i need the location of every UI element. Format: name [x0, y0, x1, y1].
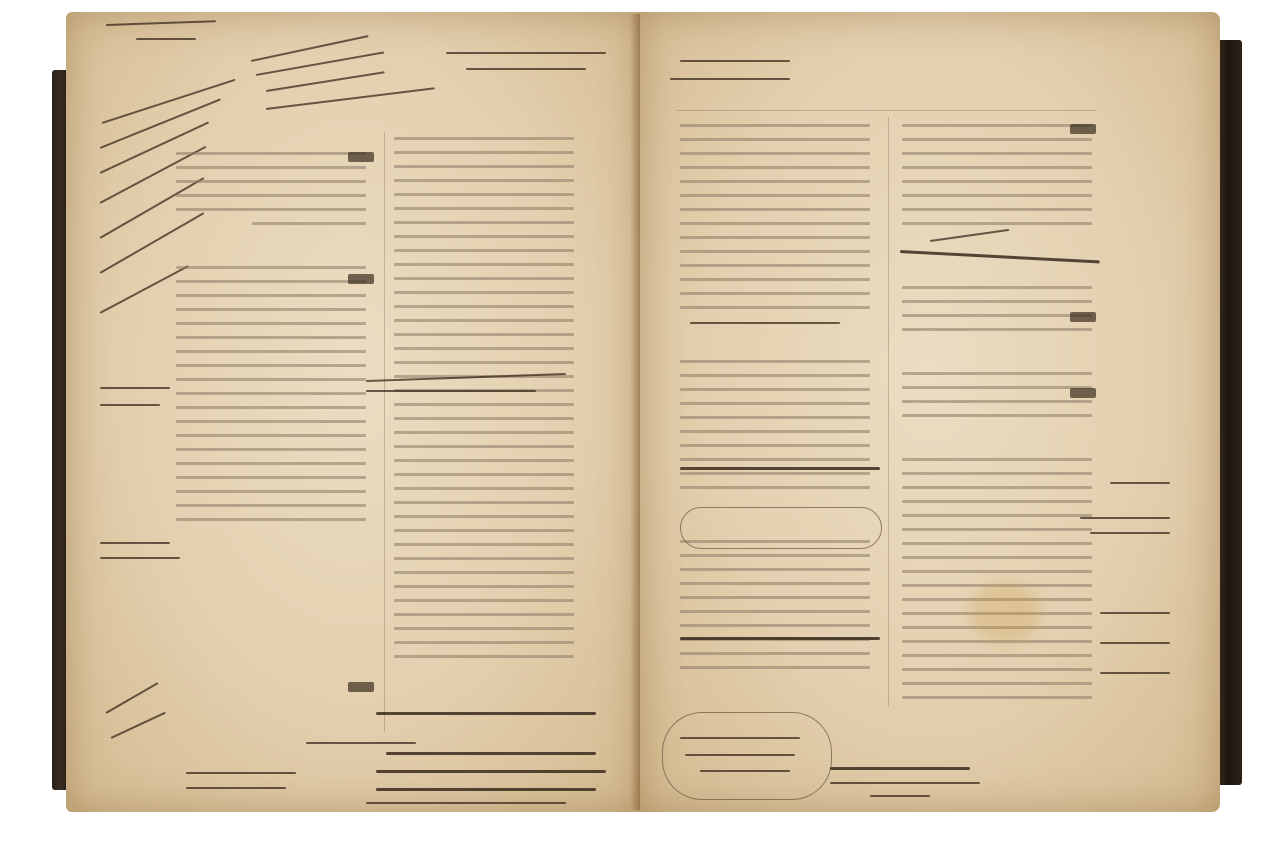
handwritten-note — [685, 754, 795, 756]
header-rule — [676, 110, 1096, 111]
handwritten-note — [680, 60, 790, 62]
handwritten-note — [830, 767, 970, 770]
handwritten-note — [1090, 532, 1170, 534]
column-divider — [888, 117, 889, 707]
print-column-2 — [394, 137, 574, 669]
handwritten-note — [1110, 482, 1170, 484]
handwritten-note — [266, 87, 435, 110]
struck-through-note — [376, 788, 596, 791]
handwritten-note — [670, 78, 790, 80]
handwritten-note — [446, 52, 606, 54]
struck-through-note — [680, 637, 880, 640]
stain — [970, 582, 1040, 642]
struck-through-note — [376, 712, 596, 715]
handwritten-note — [680, 737, 800, 739]
entry-headword — [348, 152, 374, 162]
struck-through-note — [386, 752, 596, 755]
struck-through-note — [376, 770, 606, 773]
entry-headword — [348, 682, 374, 692]
handwritten-note — [266, 71, 385, 92]
handwritten-note — [366, 802, 566, 804]
handwritten-note — [306, 742, 416, 744]
handwritten-note — [100, 404, 160, 406]
circled-note — [662, 712, 832, 800]
entry-headword — [1070, 124, 1096, 134]
handwritten-note — [830, 782, 980, 784]
handwritten-note — [100, 387, 170, 389]
boxed-passage — [680, 507, 882, 549]
handwritten-note — [100, 557, 180, 559]
handwritten-note — [106, 682, 159, 714]
entry-headword — [348, 274, 374, 284]
handwritten-note — [466, 68, 586, 70]
handwritten-note — [690, 322, 840, 324]
handwritten-note — [106, 20, 216, 26]
handwritten-note — [186, 772, 296, 774]
handwritten-note — [1100, 612, 1170, 614]
handwritten-note — [100, 542, 170, 544]
entry-headword — [1070, 388, 1096, 398]
handwritten-note — [111, 712, 166, 739]
handwritten-note — [1100, 642, 1170, 644]
handwritten-note — [1100, 672, 1170, 674]
handwritten-note — [870, 795, 930, 797]
column-divider — [384, 132, 385, 732]
handwritten-note — [186, 787, 286, 789]
handwritten-note — [1080, 517, 1170, 519]
entry-headword — [1070, 312, 1096, 322]
struck-through-note — [680, 467, 880, 470]
right-page — [640, 12, 1220, 812]
print-column-1 — [680, 124, 870, 680]
handwritten-note — [700, 770, 790, 772]
handwritten-note — [366, 390, 536, 392]
print-column-1 — [176, 152, 366, 532]
left-page — [66, 12, 640, 812]
handwritten-note — [136, 38, 196, 40]
photo-scene — [0, 0, 1280, 853]
